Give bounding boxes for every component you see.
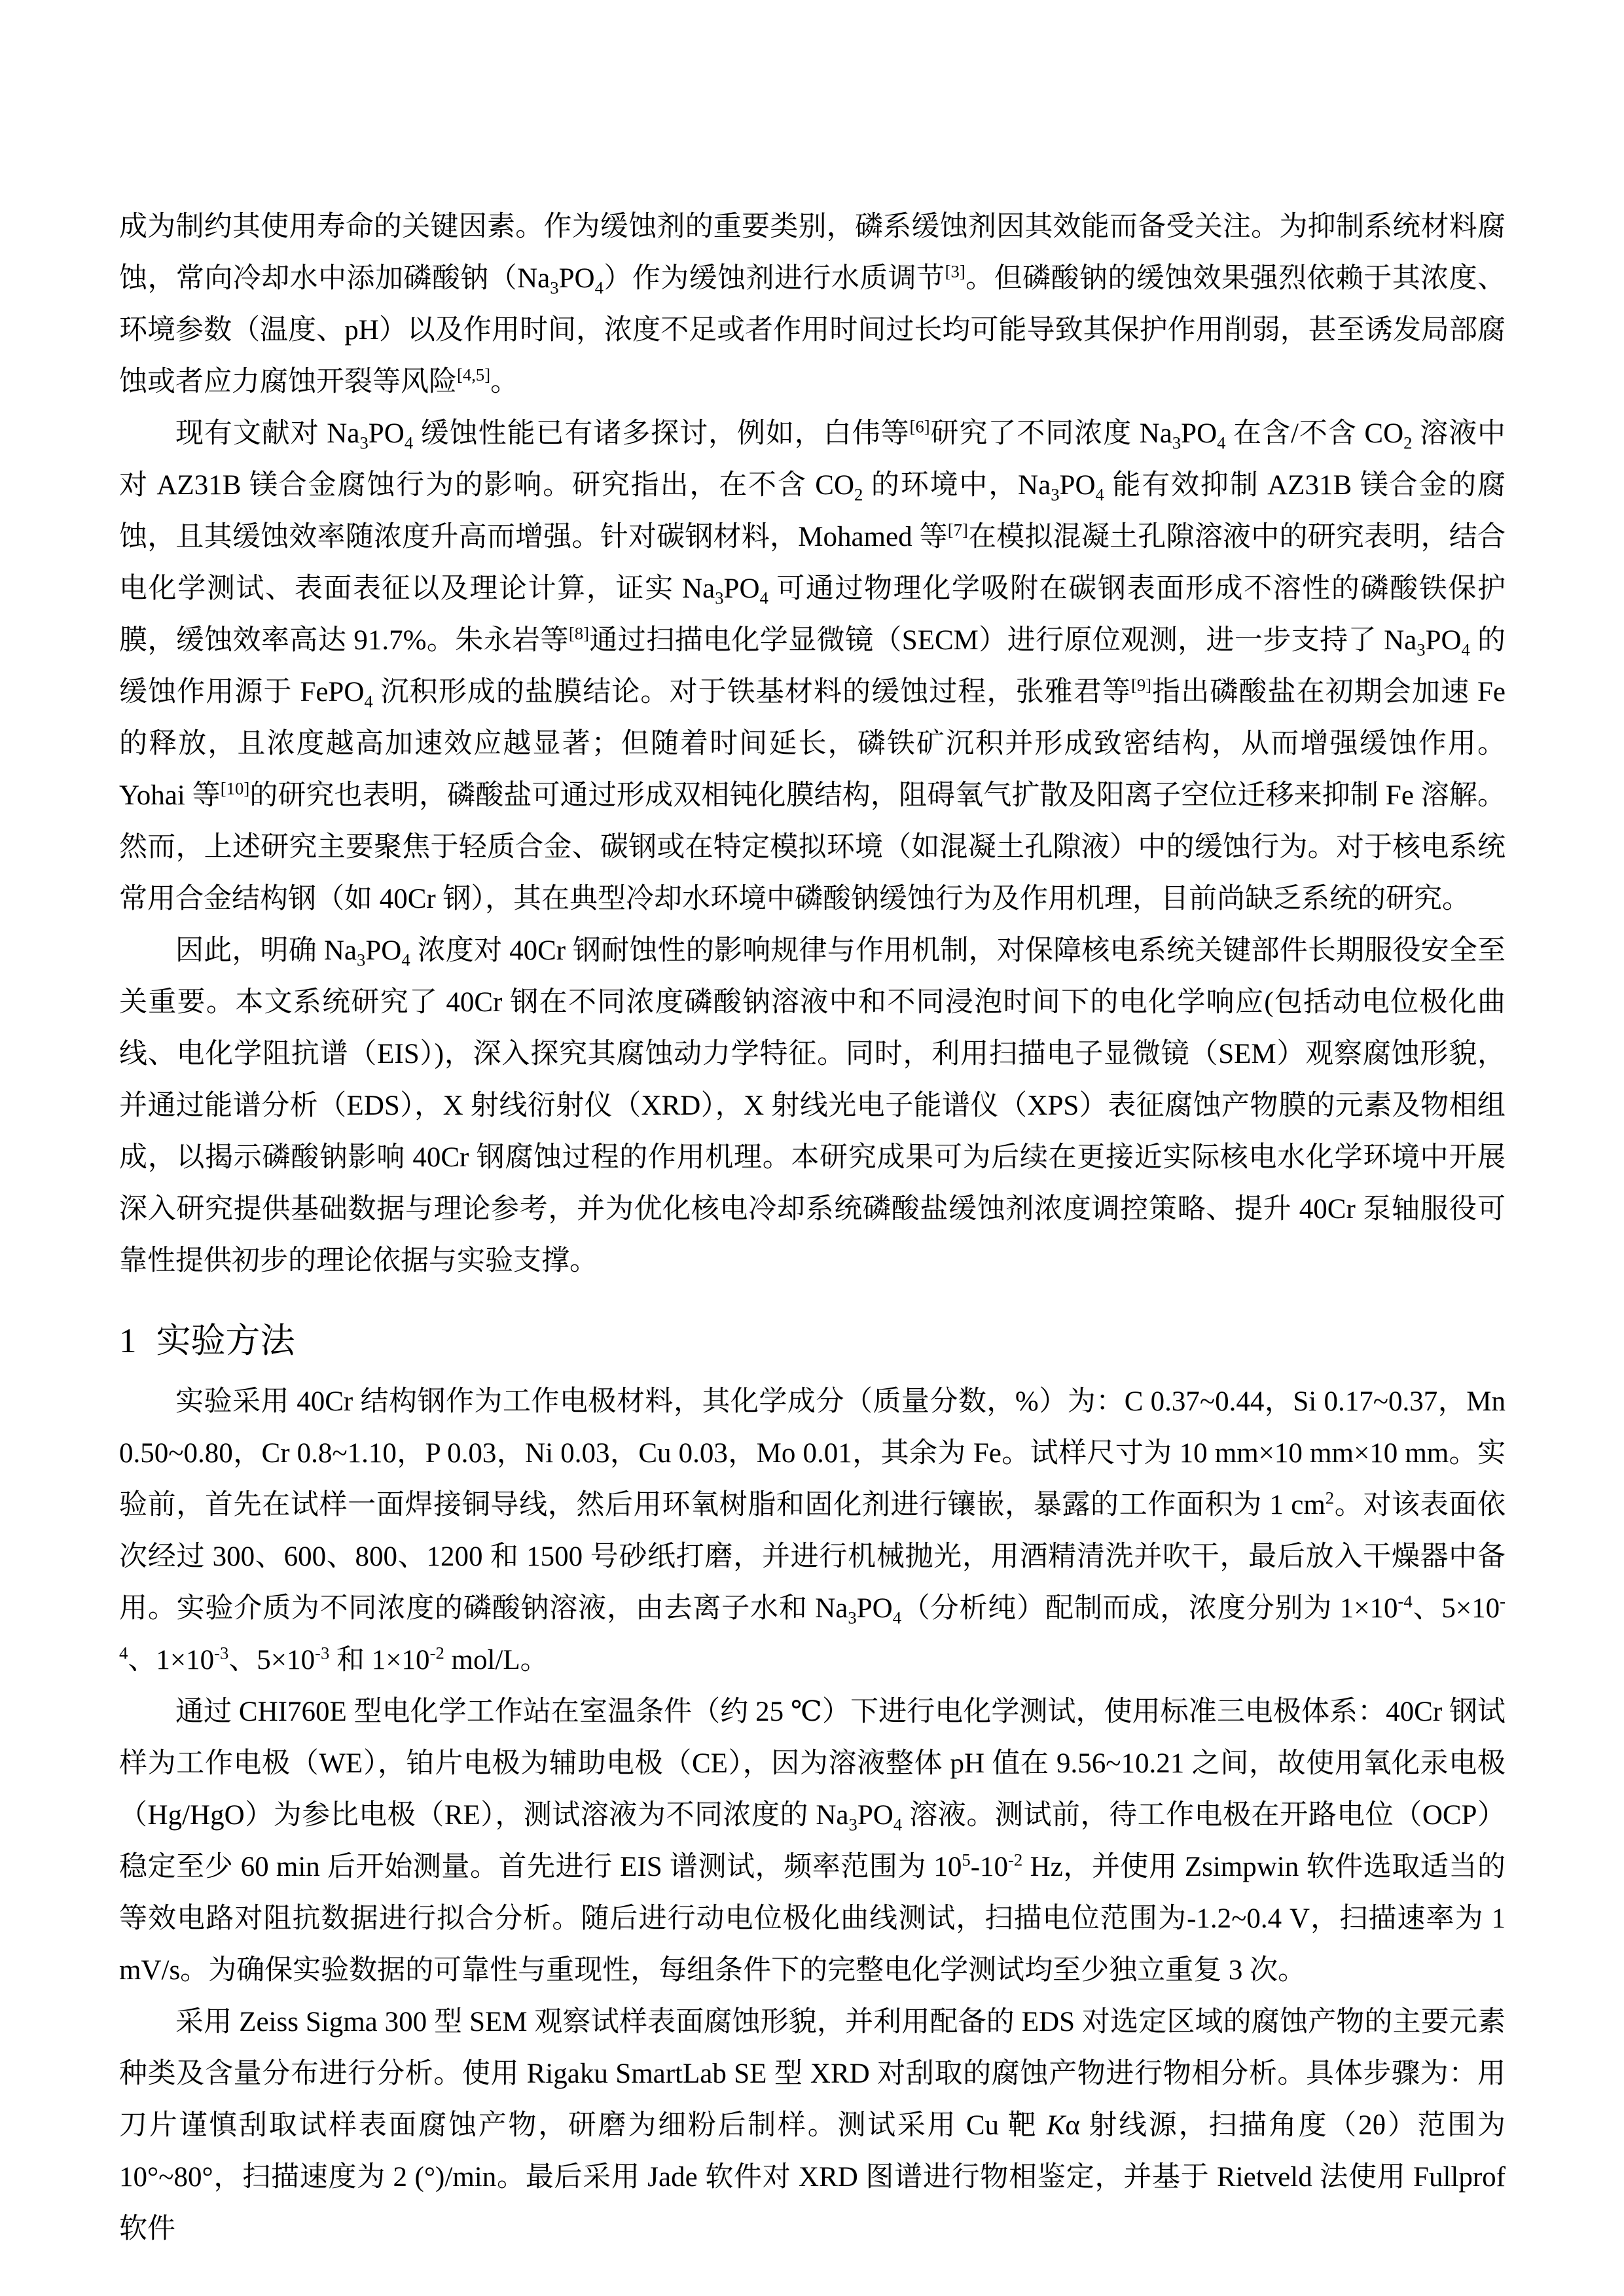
body-paragraph: 采用 Zeiss Sigma 300 型 SEM 观察试样表面腐蚀形貌，并利用配… [119, 1996, 1506, 2255]
body-paragraph: 现有文献对 Na3PO4 缓蚀性能已有诸多探讨，例如，白伟等[6]研究了不同浓度… [119, 408, 1506, 925]
section-heading: 1实验方法 [119, 1316, 1506, 1367]
body-paragraph: 成为制约其使用寿命的关键因素。作为缓蚀剂的重要类别，磷系缓蚀剂因其效能而备受关注… [119, 201, 1506, 408]
document-body: 成为制约其使用寿命的关键因素。作为缓蚀剂的重要类别，磷系缓蚀剂因其效能而备受关注… [119, 0, 1506, 2255]
body-paragraph: 因此，明确 Na3PO4 浓度对 40Cr 钢耐蚀性的影响规律与作用机制，对保障… [119, 925, 1506, 1287]
body-paragraph: 实验采用 40Cr 结构钢作为工作电极材料，其化学成分（质量分数，%）为：C 0… [119, 1376, 1506, 1686]
body-paragraph: 通过 CHI760E 型电化学工作站在室温条件（约 25 ℃）下进行电化学测试，… [119, 1686, 1506, 1996]
section-number: 1 [119, 1316, 137, 1367]
document-page: 成为制约其使用寿命的关键因素。作为缓蚀剂的重要类别，磷系缓蚀剂因其效能而备受关注… [0, 0, 1624, 2296]
section-title: 实验方法 [156, 1322, 295, 1360]
